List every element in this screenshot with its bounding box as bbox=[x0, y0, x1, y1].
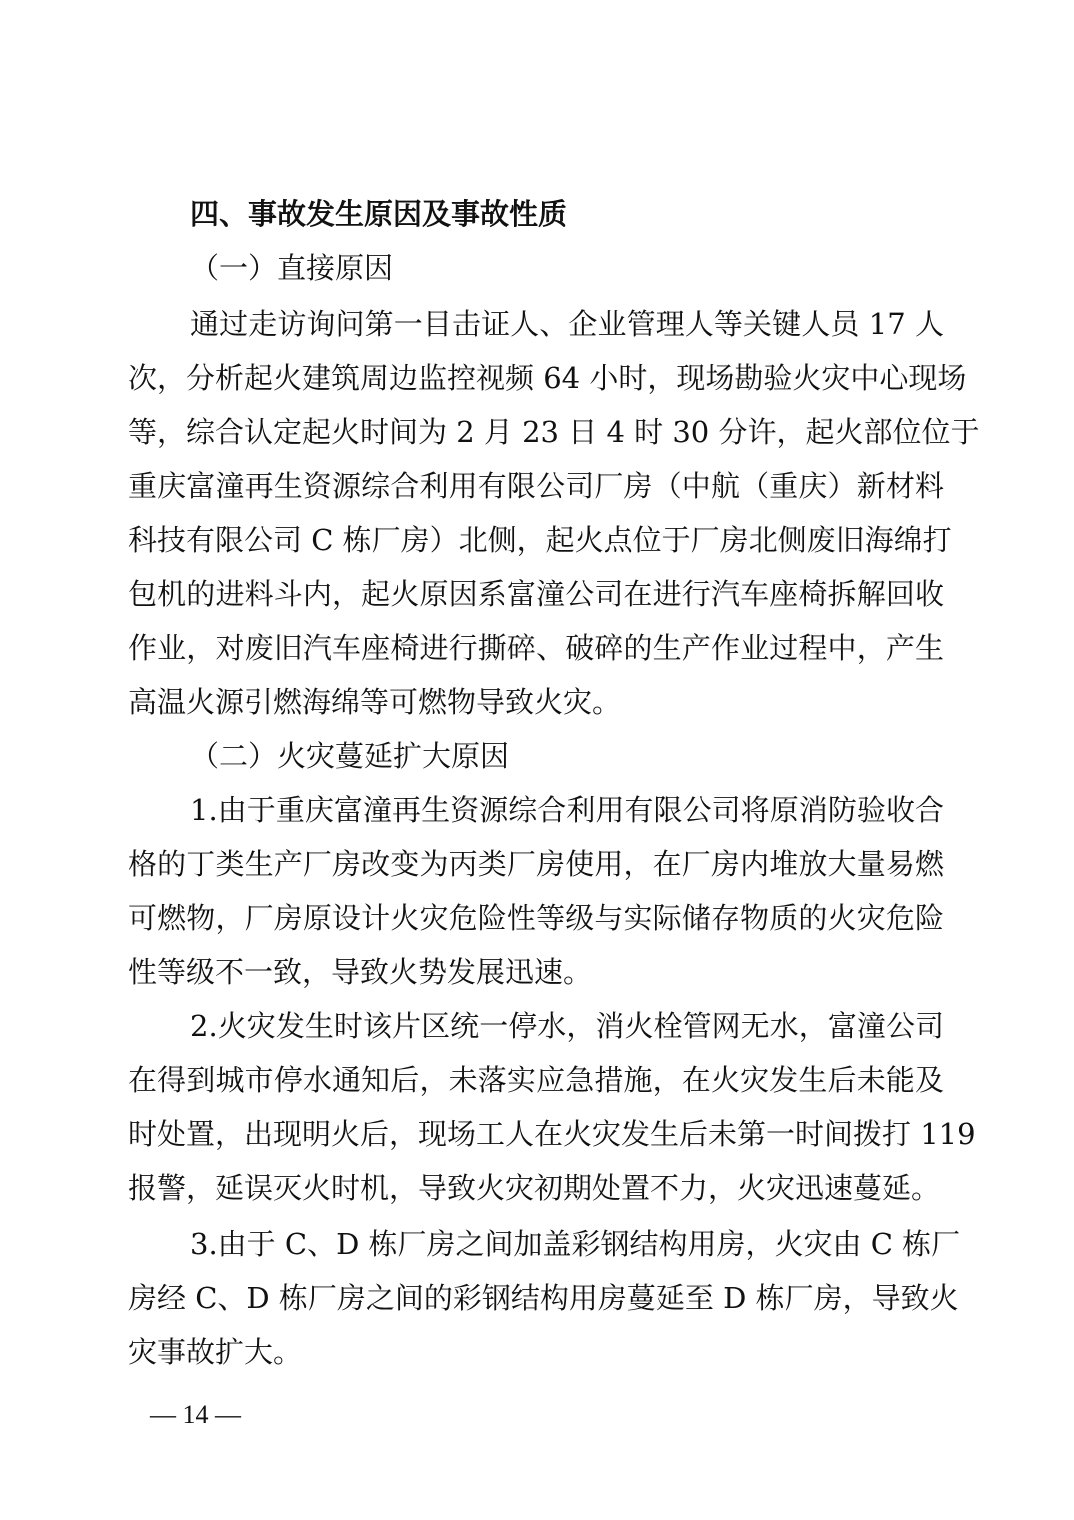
page-number: — 14 — bbox=[150, 1400, 241, 1430]
subsection-title-direct-cause: （一）直接原因 bbox=[190, 250, 1006, 286]
subsection-title-spread-cause: （二）火灾蔓延扩大原因 bbox=[190, 738, 1006, 774]
section-title: 四、事故发生原因及事故性质 bbox=[190, 196, 1006, 232]
